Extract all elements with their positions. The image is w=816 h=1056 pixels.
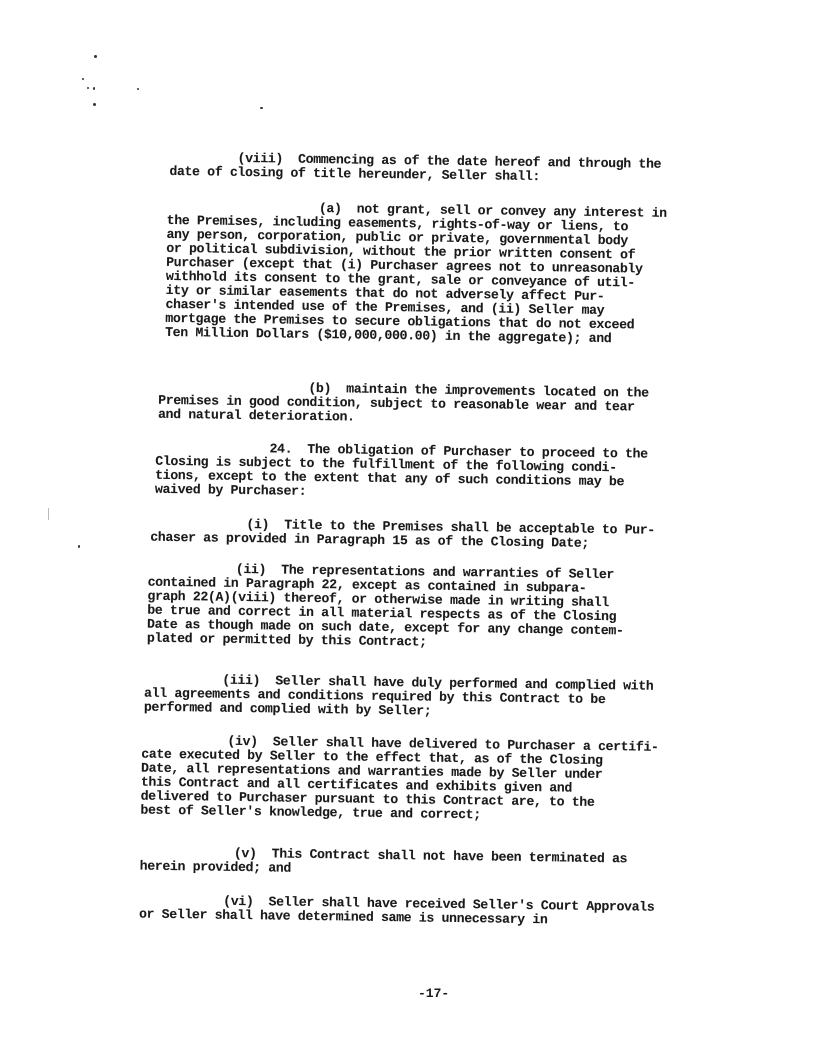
text-line: date of closing of title hereunder, Sell… <box>169 165 540 184</box>
text-line: plated or permitted by this Contract; <box>147 632 427 650</box>
page-number: -17- <box>418 986 449 1001</box>
text-line: waived by Purchaser: <box>155 483 306 499</box>
text-line: or Seller shall have determined same is … <box>139 908 548 928</box>
document-body: (viii) Commencing as of the date hereof … <box>0 0 816 1056</box>
text-line: herein provided; and <box>140 860 291 876</box>
text-line: (v) This Contract shall not have been te… <box>234 847 627 866</box>
text-line: and natural deterioration. <box>158 408 355 425</box>
text-line: performed and complied with by Seller; <box>144 701 432 719</box>
text-line: best of Seller's knowledge, true and cor… <box>140 804 481 823</box>
document-page: (viii) Commencing as of the date hereof … <box>0 0 816 1056</box>
